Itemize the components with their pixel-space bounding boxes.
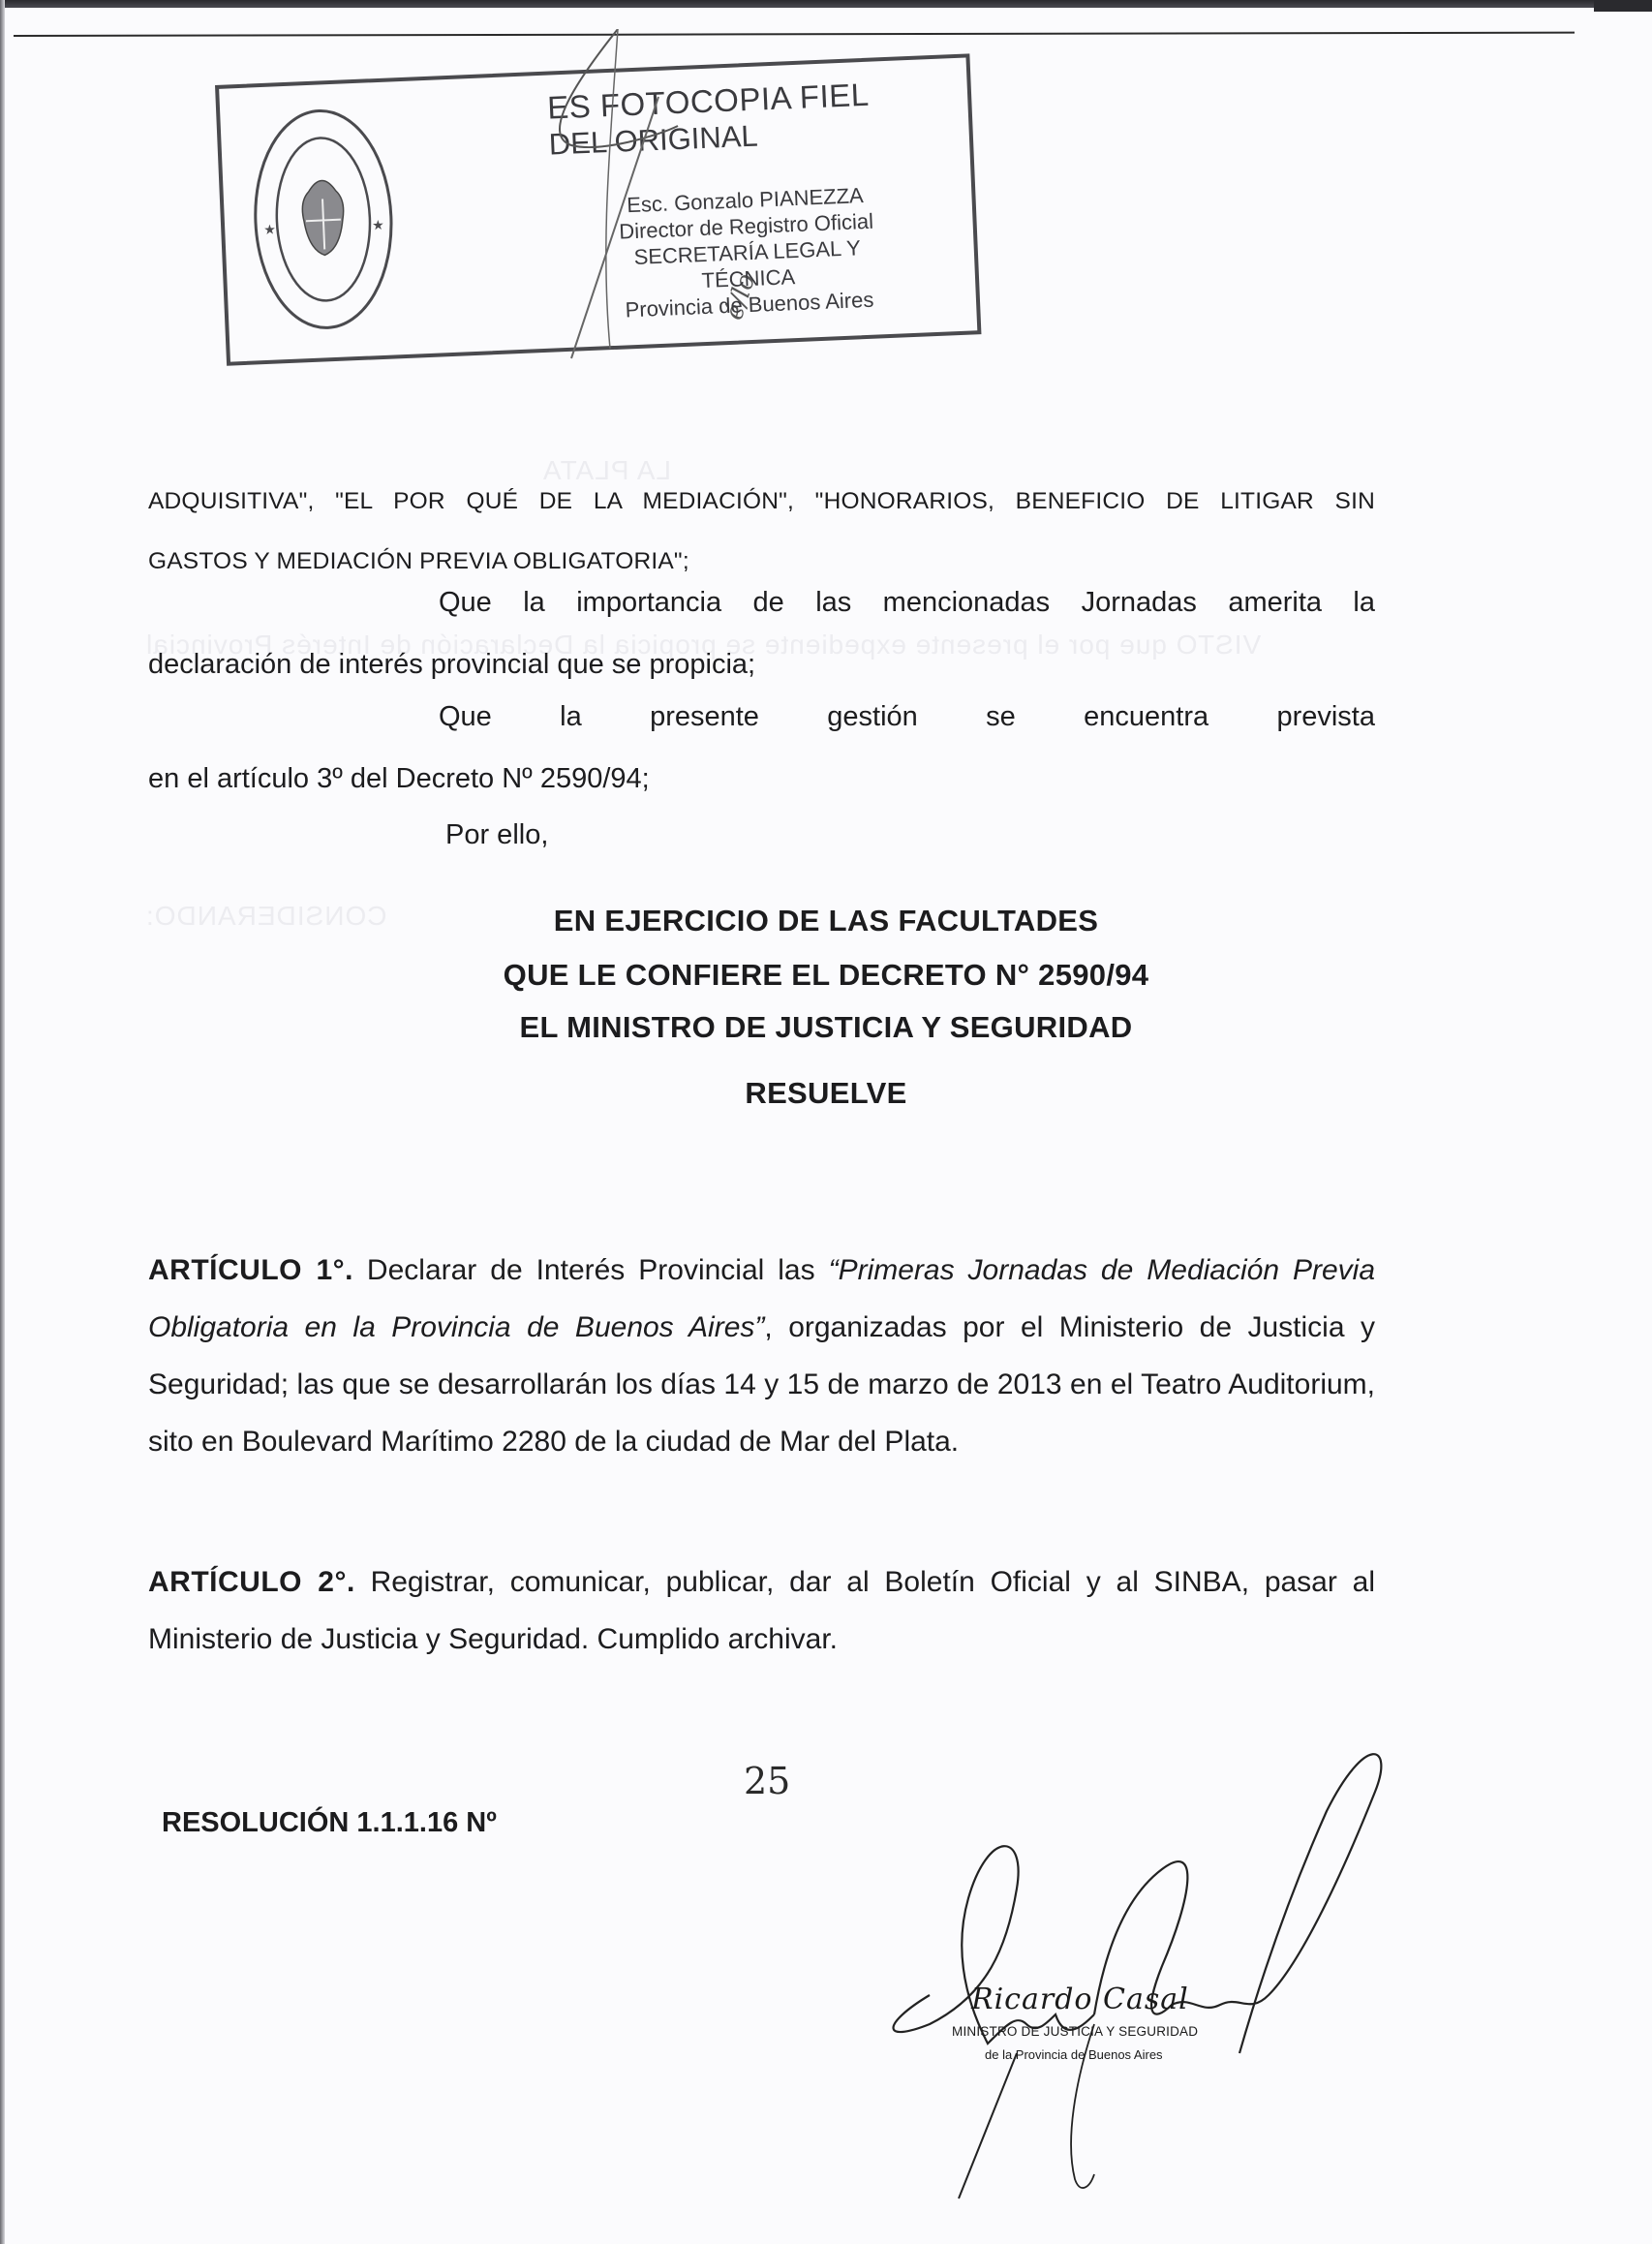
heading-line2: QUE LE CONFIERE EL DECRETO N° 2590/94 [0,958,1652,993]
resolution-number: RESOLUCIÓN 1.1.1.16 Nº [162,1807,497,1839]
article-1-label: ARTÍCULO 1°. [148,1254,353,1286]
seal-emblem-icon: ★ ★ [247,103,400,336]
handwritten-signature-icon [872,1734,1414,2218]
heading-line3: EL MINISTRO DE JUSTICIA Y SEGURIDAD [0,1010,1652,1045]
paragraph-gestion-line1: Que la presente gestión se encuentra pre… [439,699,1375,734]
article-1: ARTÍCULO 1°. Declarar de Interés Provinc… [148,1242,1375,1470]
article-2: ARTÍCULO 2°. Registrar, comunicar, publi… [148,1553,1375,1668]
svg-text:★: ★ [372,217,384,233]
signer-role: MINISTRO DE JUSTICIA Y SEGURIDAD [952,2024,1198,2039]
bleed-through-text: LA PLATA [542,455,671,486]
paragraph-importancia-line2: declaración de interés provincial que se… [148,647,1375,682]
scan-edge-corner [1594,0,1652,12]
paragraph-gestion-line2: en el artículo 3º del Decreto Nº 2590/94… [148,761,1375,796]
signer-organization: de la Provincia de Buenos Aires [985,2047,1163,2062]
por-ello: Por ello, [445,817,1652,852]
scan-edge-left [0,0,5,2244]
paragraph-importancia-line1: Que la importancia de las mencionadas Jo… [439,585,1375,620]
scan-edge-top [0,0,1652,8]
considerando-continued-line1: ADQUISITIVA", "EL POR QUÉ DE LA MEDIACIÓ… [148,484,1375,519]
official-seal: ★ ★ [247,103,400,336]
stamp-pen-stroke-icon [504,29,813,378]
heading-resuelve: RESUELVE [0,1076,1652,1111]
folio-number: 25 [744,1760,790,1802]
signer-name: Ricardo Casal [971,1983,1189,2016]
article-1-lead: Declarar de Interés Provincial las [353,1254,829,1286]
svg-text:★: ★ [263,222,276,238]
considerando-continued-line2: GASTOS Y MEDIACIÓN PREVIA OBLIGATORIA"; [148,544,1375,579]
heading-line1: EN EJERCICIO DE LAS FACULTADES [0,904,1652,938]
article-2-label: ARTÍCULO 2°. [148,1566,355,1598]
